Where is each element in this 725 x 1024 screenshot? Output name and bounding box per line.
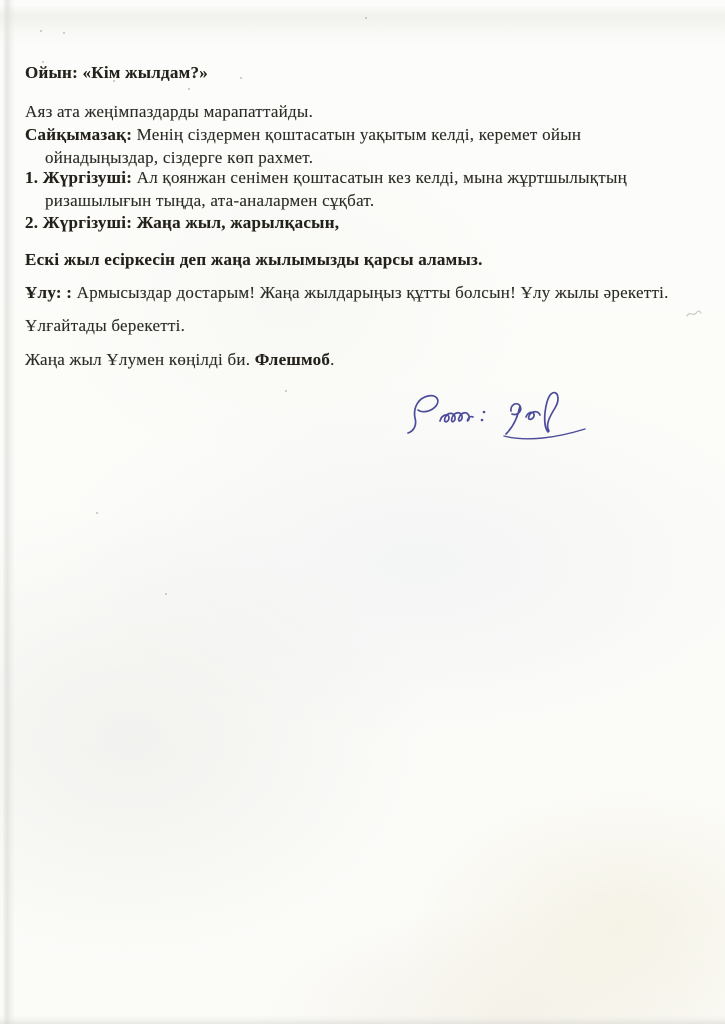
signature-word2-loop bbox=[545, 393, 558, 432]
text-segment-bold: Флешмоб bbox=[255, 350, 330, 369]
signature-word2-letters bbox=[526, 412, 540, 420]
scanned-document-page: Ойын: «Кім жылдам?»Аяз ата жеңімпаздарды… bbox=[0, 0, 725, 1024]
text-line: Аяз ата жеңімпаздарды марапаттайды. bbox=[25, 101, 313, 123]
signature-word2-y bbox=[506, 404, 521, 434]
text-segment-bold: 2. Жүргізуші: Жаңа жыл, жарылқасын, bbox=[25, 213, 339, 232]
text-segment: Ал қоянжан сенімен қоштасатын кез келді,… bbox=[132, 168, 627, 187]
text-line: Жаңа жыл Ұлумен көңілді би. Флешмоб. bbox=[25, 349, 335, 371]
pencil-smudge-mark bbox=[686, 308, 702, 320]
document-text: Ойын: «Кім жылдам?»Аяз ата жеңімпаздарды… bbox=[0, 0, 725, 1024]
text-line: Ойын: «Кім жылдам?» bbox=[25, 62, 208, 84]
text-segment-bold: 1. Жүргізуші: bbox=[25, 168, 132, 187]
text-segment: Жаңа жыл Ұлумен көңілді би. bbox=[25, 350, 255, 369]
text-segment-bold: Ойын: «Кім жылдам?» bbox=[25, 63, 208, 82]
text-line: 1. Жүргізуші: Ал қоянжан сенімен қоштаса… bbox=[25, 167, 627, 189]
text-segment: ризашылығын тыңда, ата-аналармен сұқбат. bbox=[45, 191, 374, 210]
signature-colon-dot bbox=[483, 411, 486, 414]
text-segment-bold: Ұлу: : bbox=[25, 283, 72, 302]
signature-word1-letters bbox=[440, 413, 473, 422]
signature-colon-dot bbox=[481, 419, 484, 422]
text-line: Сайқымазақ: Менің сіздермен қоштасатын у… bbox=[25, 124, 581, 146]
text-segment: Ұлғайтады берекетті. bbox=[25, 316, 185, 335]
signature-underline bbox=[504, 429, 585, 439]
text-segment: Армысыздар достарым! Жаңа жылдарыңыз құт… bbox=[72, 283, 668, 302]
signature-word1-capital bbox=[408, 396, 438, 433]
text-line: 2. Жүргізуші: Жаңа жыл, жарылқасын, bbox=[25, 212, 339, 234]
text-line: Ескі жыл есіркесін деп жаңа жылымызды қа… bbox=[25, 249, 483, 271]
handwritten-signature bbox=[398, 381, 593, 446]
text-segment-bold: Ескі жыл есіркесін деп жаңа жылымызды қа… bbox=[25, 250, 483, 269]
text-segment-bold: Сайқымазақ: bbox=[25, 125, 132, 144]
text-line: Ұлғайтады берекетті. bbox=[25, 315, 185, 337]
text-line: ойнадыңыздар, сіздерге көп рахмет. bbox=[45, 147, 313, 169]
text-segment: ойнадыңыздар, сіздерге көп рахмет. bbox=[45, 148, 313, 167]
text-segment: Менің сіздермен қоштасатын уақытым келді… bbox=[132, 125, 581, 144]
text-segment: . bbox=[330, 350, 335, 369]
text-line: ризашылығын тыңда, ата-аналармен сұқбат. bbox=[45, 190, 374, 212]
text-segment: Аяз ата жеңімпаздарды марапаттайды. bbox=[25, 102, 313, 121]
text-line: Ұлу: : Армысыздар достарым! Жаңа жылдары… bbox=[25, 282, 669, 304]
